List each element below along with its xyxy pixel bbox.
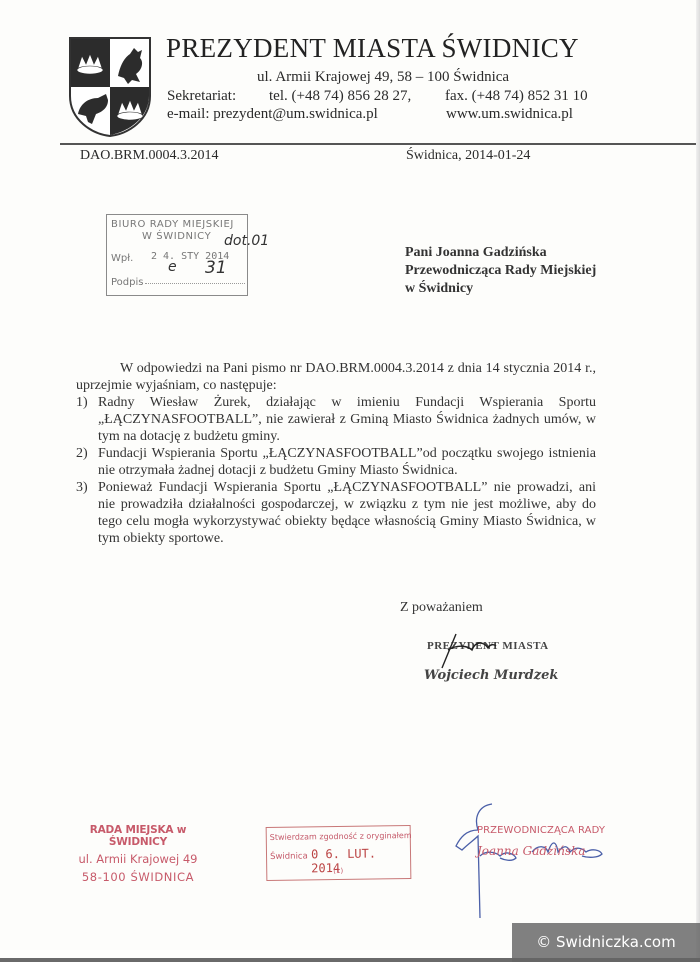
secretariat-label: Sekretariat: xyxy=(167,87,269,105)
watermark: © Swidniczka.com xyxy=(512,923,700,962)
points-list: 1)Radny Wiesław Żurek, działając w imien… xyxy=(76,394,596,547)
signatory-name: Wojciech Murdzek xyxy=(424,668,558,683)
chair-stamp: PRZEWODNICZĄCA RADY Joanna Gadzińska xyxy=(477,825,605,858)
phone-number: tel. (+48 74) 856 28 27, xyxy=(269,87,445,105)
chair-stamp-title: PRZEWODNICZĄCA RADY xyxy=(477,825,605,836)
chair-signature-icon xyxy=(452,800,652,925)
intro-paragraph: W odpowiedzi na Pani pismo nr DAO.BRM.00… xyxy=(76,360,596,394)
document-reference: DAO.BRM.0004.3.2014 xyxy=(80,148,218,164)
list-item: 3)Ponieważ Fundacji Wspierania Sportu „Ł… xyxy=(76,479,596,547)
coat-of-arms-icon xyxy=(68,36,152,138)
letterhead-contact: Sekretariat: tel. (+48 74) 856 28 27, fa… xyxy=(167,87,588,123)
list-item: 1)Radny Wiesław Żurek, działając w imien… xyxy=(76,394,596,445)
conformity-text: Stwierdzam zgodność z oryginałem xyxy=(270,831,412,842)
email-address: e-mail: prezydent@um.swidnica.pl xyxy=(167,105,446,123)
signature-line xyxy=(145,283,245,284)
signature-label: Podpis xyxy=(111,277,143,288)
item-number: 2) xyxy=(76,445,88,462)
receipt-stamp-line1: BIURO RADY MIEJSKIEJ xyxy=(111,219,234,230)
council-stamp: RADA MIEJSKA w ŚWIDNICY ul. Armii Krajow… xyxy=(68,824,208,884)
receipt-stamp-line2: W ŚWIDNICY xyxy=(142,231,211,242)
received-label: Wpł. xyxy=(111,253,133,264)
conformity-date: 0 6. LUT. 2014 xyxy=(311,846,410,875)
place-date: Świdnica, 2014-01-24 xyxy=(406,148,530,164)
conformity-place: Świdnica xyxy=(270,851,308,862)
item-text: Fundacji Wspierania Sportu „ŁĄCZYNASFOOT… xyxy=(98,446,596,478)
closing-greeting: Z poważaniem xyxy=(400,600,483,616)
recipient-block: Pani Joanna Gadzińska Przewodnicząca Rad… xyxy=(405,244,596,298)
list-item: 2)Fundacji Wspierania Sportu „ŁĄCZYNASFO… xyxy=(76,445,596,479)
letterhead-address: ul. Armii Krajowej 49, 58 – 100 Świdnica xyxy=(257,69,509,86)
receipt-stamp: BIURO RADY MIEJSKIEJ W ŚWIDNICY Wpł. 2 4… xyxy=(106,214,248,296)
header-divider xyxy=(60,143,700,145)
conformity-stamp: Stwierdzam zgodność z oryginałem Świdnic… xyxy=(266,825,412,881)
handwritten-reference: dot.01 xyxy=(224,233,269,249)
letter-body: W odpowiedzi na Pani pismo nr DAO.BRM.00… xyxy=(76,360,596,547)
recipient-location: w Świdnicy xyxy=(405,280,596,298)
page-edge xyxy=(696,0,700,962)
chair-stamp-name: Joanna Gadzińska xyxy=(477,844,605,858)
council-stamp-name: RADA MIEJSKA w ŚWIDNICY xyxy=(68,824,208,848)
item-text: Ponieważ Fundacji Wspierania Sportu „ŁĄC… xyxy=(98,480,596,546)
council-stamp-city: 58-100 ŚWIDNICA xyxy=(68,870,208,884)
handwritten-number: 31 xyxy=(205,258,227,278)
handwritten-initial: e xyxy=(168,259,177,275)
item-number: 1) xyxy=(76,394,88,411)
council-stamp-street: ul. Armii Krajowej 49 xyxy=(68,852,208,866)
item-number: 3) xyxy=(76,479,88,496)
recipient-position: Przewodnicząca Rady Miejskiej xyxy=(405,262,596,280)
conformity-note: (1) xyxy=(333,867,343,875)
website-address: www.um.swidnica.pl xyxy=(446,105,573,123)
item-text: Radny Wiesław Żurek, działając w imieniu… xyxy=(98,395,596,444)
fax-number: fax. (+48 74) 852 31 10 xyxy=(445,87,588,105)
recipient-name: Pani Joanna Gadzińska xyxy=(405,244,596,262)
letterhead-title: PREZYDENT MIASTA ŚWIDNICY xyxy=(166,33,579,64)
